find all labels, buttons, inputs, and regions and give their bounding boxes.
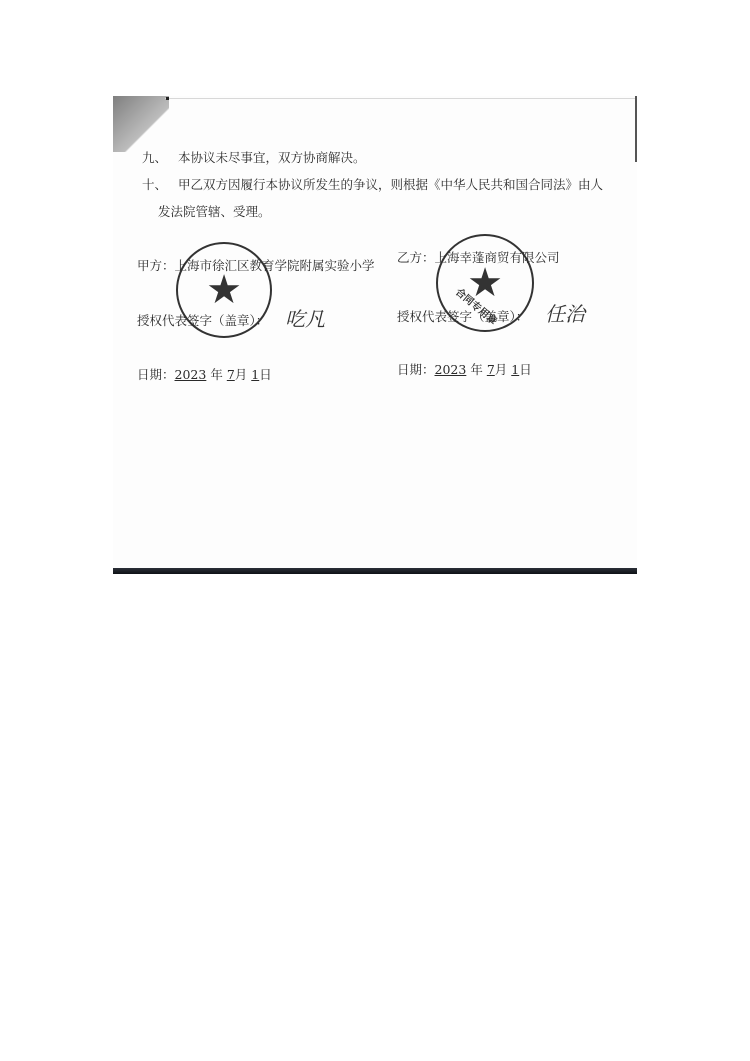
clause-number: 九、 [142, 148, 178, 166]
clause-number: 十、 [142, 175, 178, 193]
day-suffix: 日 [259, 367, 272, 382]
party-a-signature-label: 授权代表签字（盖章）： [137, 311, 268, 329]
party-a-label: 甲方： [137, 258, 175, 273]
scan-mark [166, 97, 169, 100]
date-label: 日期： [137, 367, 175, 382]
party-b-signature: 任治 [545, 298, 585, 327]
day-suffix: 日 [519, 362, 532, 377]
year-suffix: 年 [470, 362, 483, 377]
clause-text: 本协议未尽事宜，双方协商解决。 [178, 150, 366, 165]
party-b-signature-label: 授权代表签字（盖章）： [397, 307, 528, 325]
party-a-date: 日期：2023 年 7月 1日 [137, 365, 272, 383]
month-suffix: 月 [495, 362, 508, 377]
party-b-date: 日期：2023 年 7月 1日 [397, 360, 532, 378]
folded-corner [113, 96, 169, 152]
party-b-line: 乙方：上海幸蓬商贸有限公司 [397, 248, 560, 266]
party-a-signature: 吃凡 [285, 303, 325, 332]
date-year: 2023 [175, 367, 207, 382]
date-label: 日期： [397, 362, 435, 377]
date-month: 7 [227, 367, 235, 382]
clause-9: 九、本协议未尽事宜，双方协商解决。 [142, 148, 366, 166]
month-suffix: 月 [235, 367, 248, 382]
party-a-name: 上海市徐汇区教育学院附属实验小学 [175, 258, 375, 273]
year-suffix: 年 [210, 367, 223, 382]
party-b-label: 乙方： [397, 250, 435, 265]
clause-text: 甲乙双方因履行本协议所发生的争议，则根据《中华人民共和国合同法》由人 [178, 177, 603, 192]
clause-10: 十、甲乙双方因履行本协议所发生的争议，则根据《中华人民共和国合同法》由人 [142, 175, 603, 193]
date-year: 2023 [435, 362, 467, 377]
page-top-edge [165, 98, 637, 99]
date-month: 7 [487, 362, 495, 377]
scanned-page: 九、本协议未尽事宜，双方协商解决。 十、甲乙双方因履行本协议所发生的争议，则根据… [113, 96, 637, 574]
clause-10-continuation: 发法院管辖、受理。 [158, 202, 271, 220]
star-icon: ★ [206, 270, 242, 310]
scan-bottom-edge [113, 568, 637, 574]
party-a-line: 甲方：上海市徐汇区教育学院附属实验小学 [137, 256, 375, 274]
party-b-name: 上海幸蓬商贸有限公司 [435, 250, 560, 265]
page-right-edge [635, 96, 637, 162]
